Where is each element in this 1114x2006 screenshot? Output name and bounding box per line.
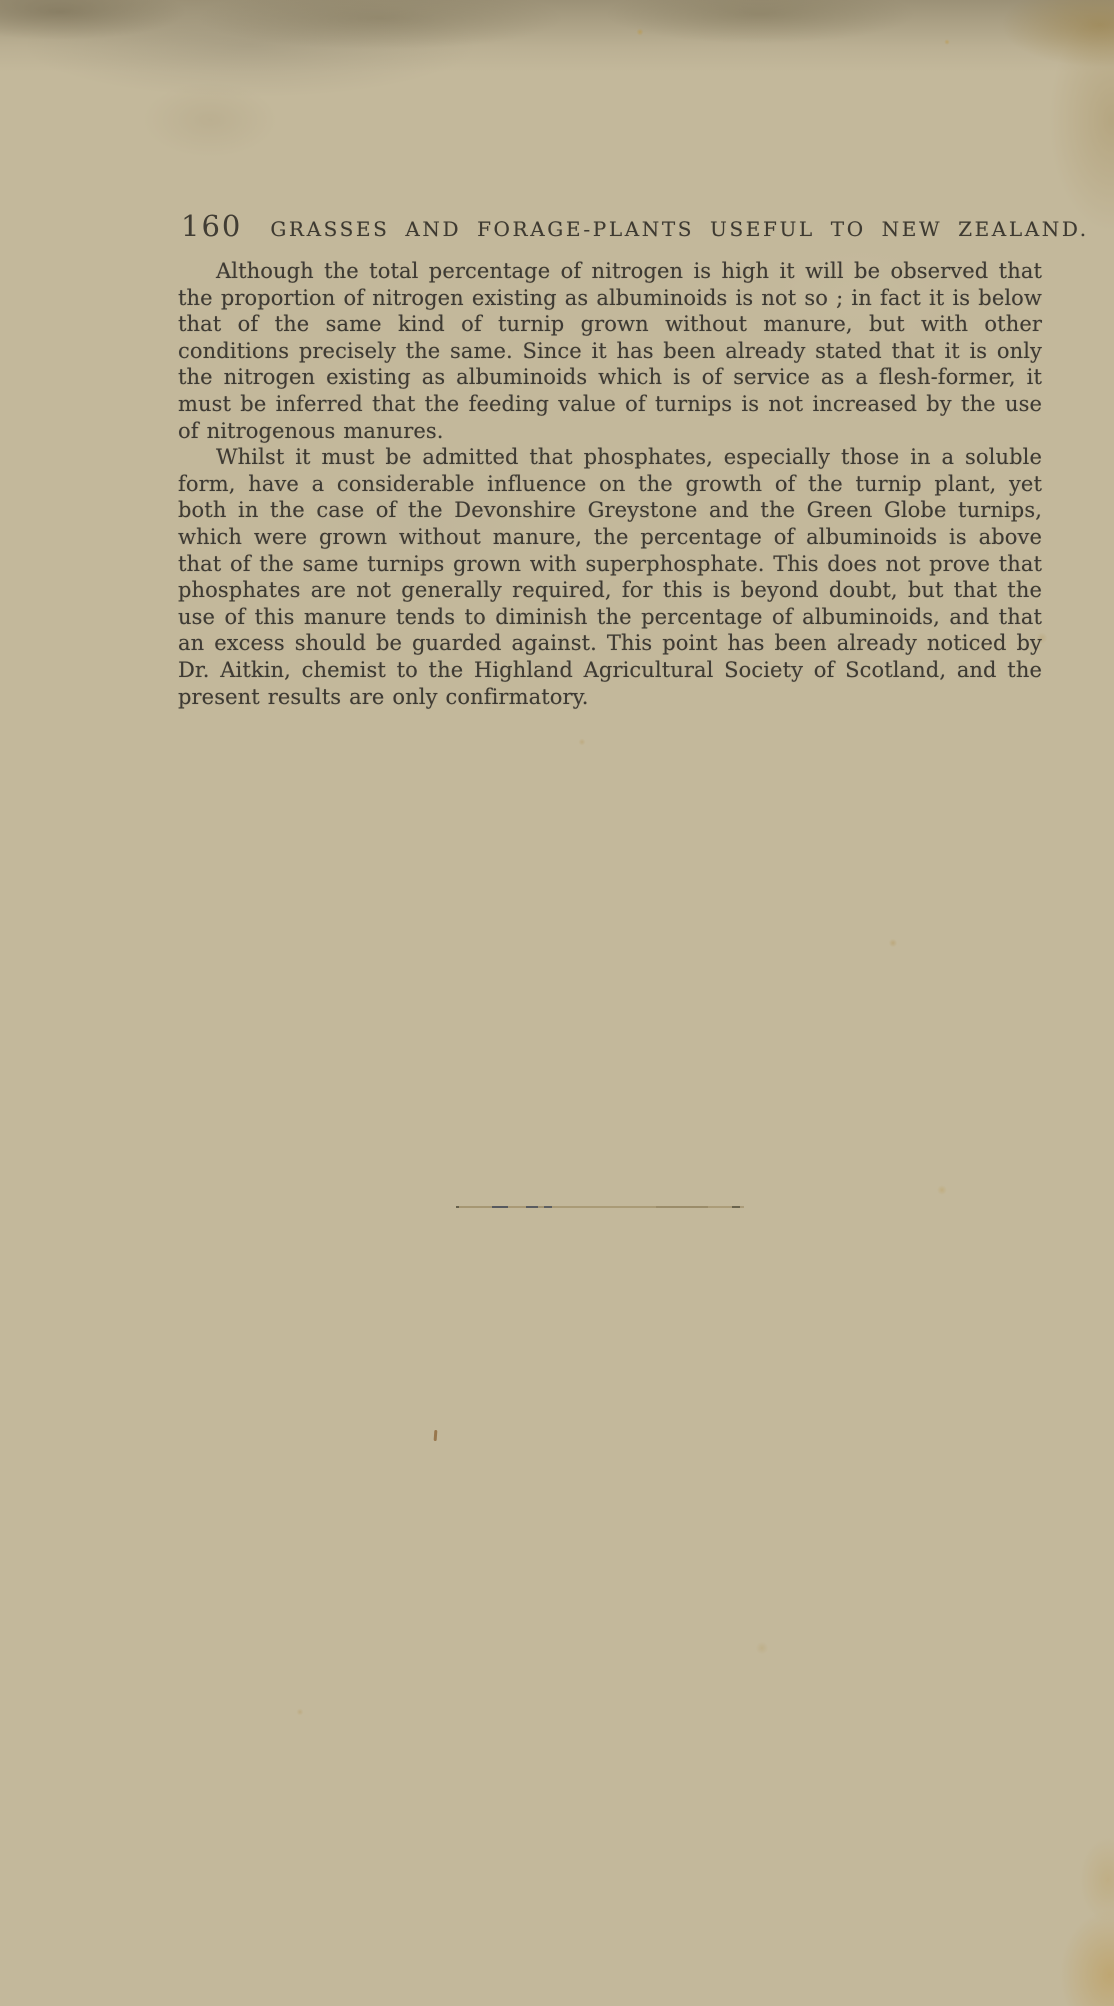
page-header: 160 GRASSES AND FORAGE-PLANTS USEFUL TO … bbox=[181, 209, 1051, 243]
running-header-title: GRASSES AND FORAGE-PLANTS USEFUL TO NEW … bbox=[270, 217, 1088, 241]
scanned-book-page: 160 GRASSES AND FORAGE-PLANTS USEFUL TO … bbox=[0, 0, 1114, 2006]
paragraph-2: Whilst it must be admitted that phosphat… bbox=[178, 444, 1042, 710]
body-text: Although the total percentage of nitroge… bbox=[178, 258, 1042, 710]
stray-ink-mark bbox=[434, 1430, 438, 1441]
paragraph-1: Although the total percentage of nitroge… bbox=[178, 258, 1042, 444]
separator-rule bbox=[456, 1206, 744, 1208]
page-number: 160 bbox=[181, 209, 242, 243]
